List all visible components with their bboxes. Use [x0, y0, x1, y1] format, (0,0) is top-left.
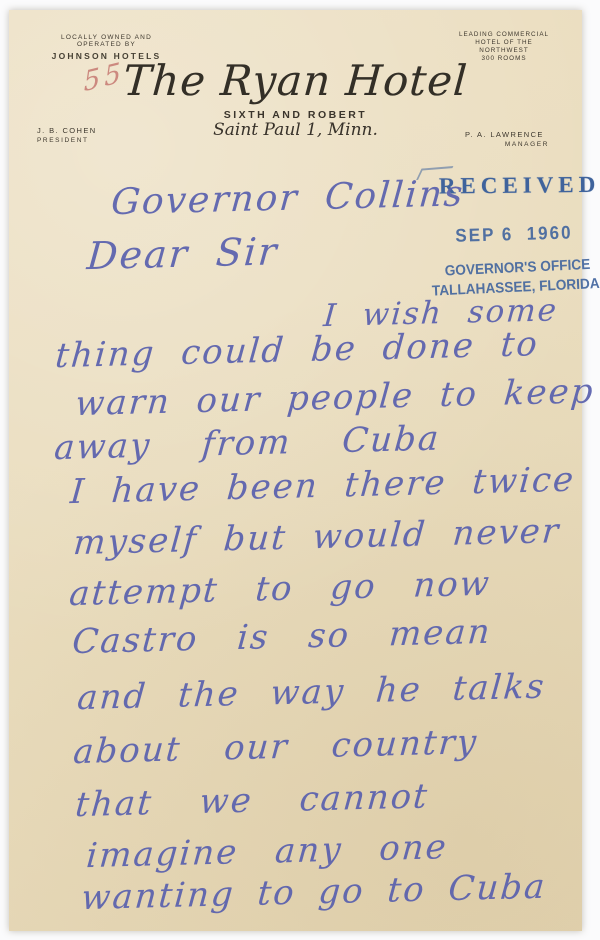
- handwritten-line: imagine any one: [85, 827, 450, 876]
- letter-paper: LOCALLY OWNED AND OPERATED BY JOHNSON HO…: [9, 10, 582, 931]
- handwritten-line: I have been there twice: [69, 460, 577, 512]
- handwritten-line: warn our people to keep: [74, 371, 596, 424]
- handwritten-letter: Governor Collins Dear Sir I wish some th…: [9, 10, 582, 931]
- handwritten-line: attempt to go now: [68, 564, 493, 614]
- handwritten-line: thing could be done to: [54, 324, 541, 376]
- scan-background: LOCALLY OWNED AND OPERATED BY JOHNSON HO…: [0, 0, 600, 940]
- handwritten-line: away from Cuba: [53, 419, 442, 469]
- handwritten-line: and the way he talks: [76, 667, 547, 719]
- handwritten-line: that we cannot: [74, 776, 431, 825]
- handwritten-addressee: Governor Collins: [110, 173, 466, 223]
- handwritten-line: about our country: [72, 722, 480, 772]
- handwritten-line: Castro is so mean: [71, 612, 493, 662]
- handwritten-line: myself but would never: [72, 511, 562, 563]
- handwritten-salutation: Dear Sir: [85, 229, 280, 278]
